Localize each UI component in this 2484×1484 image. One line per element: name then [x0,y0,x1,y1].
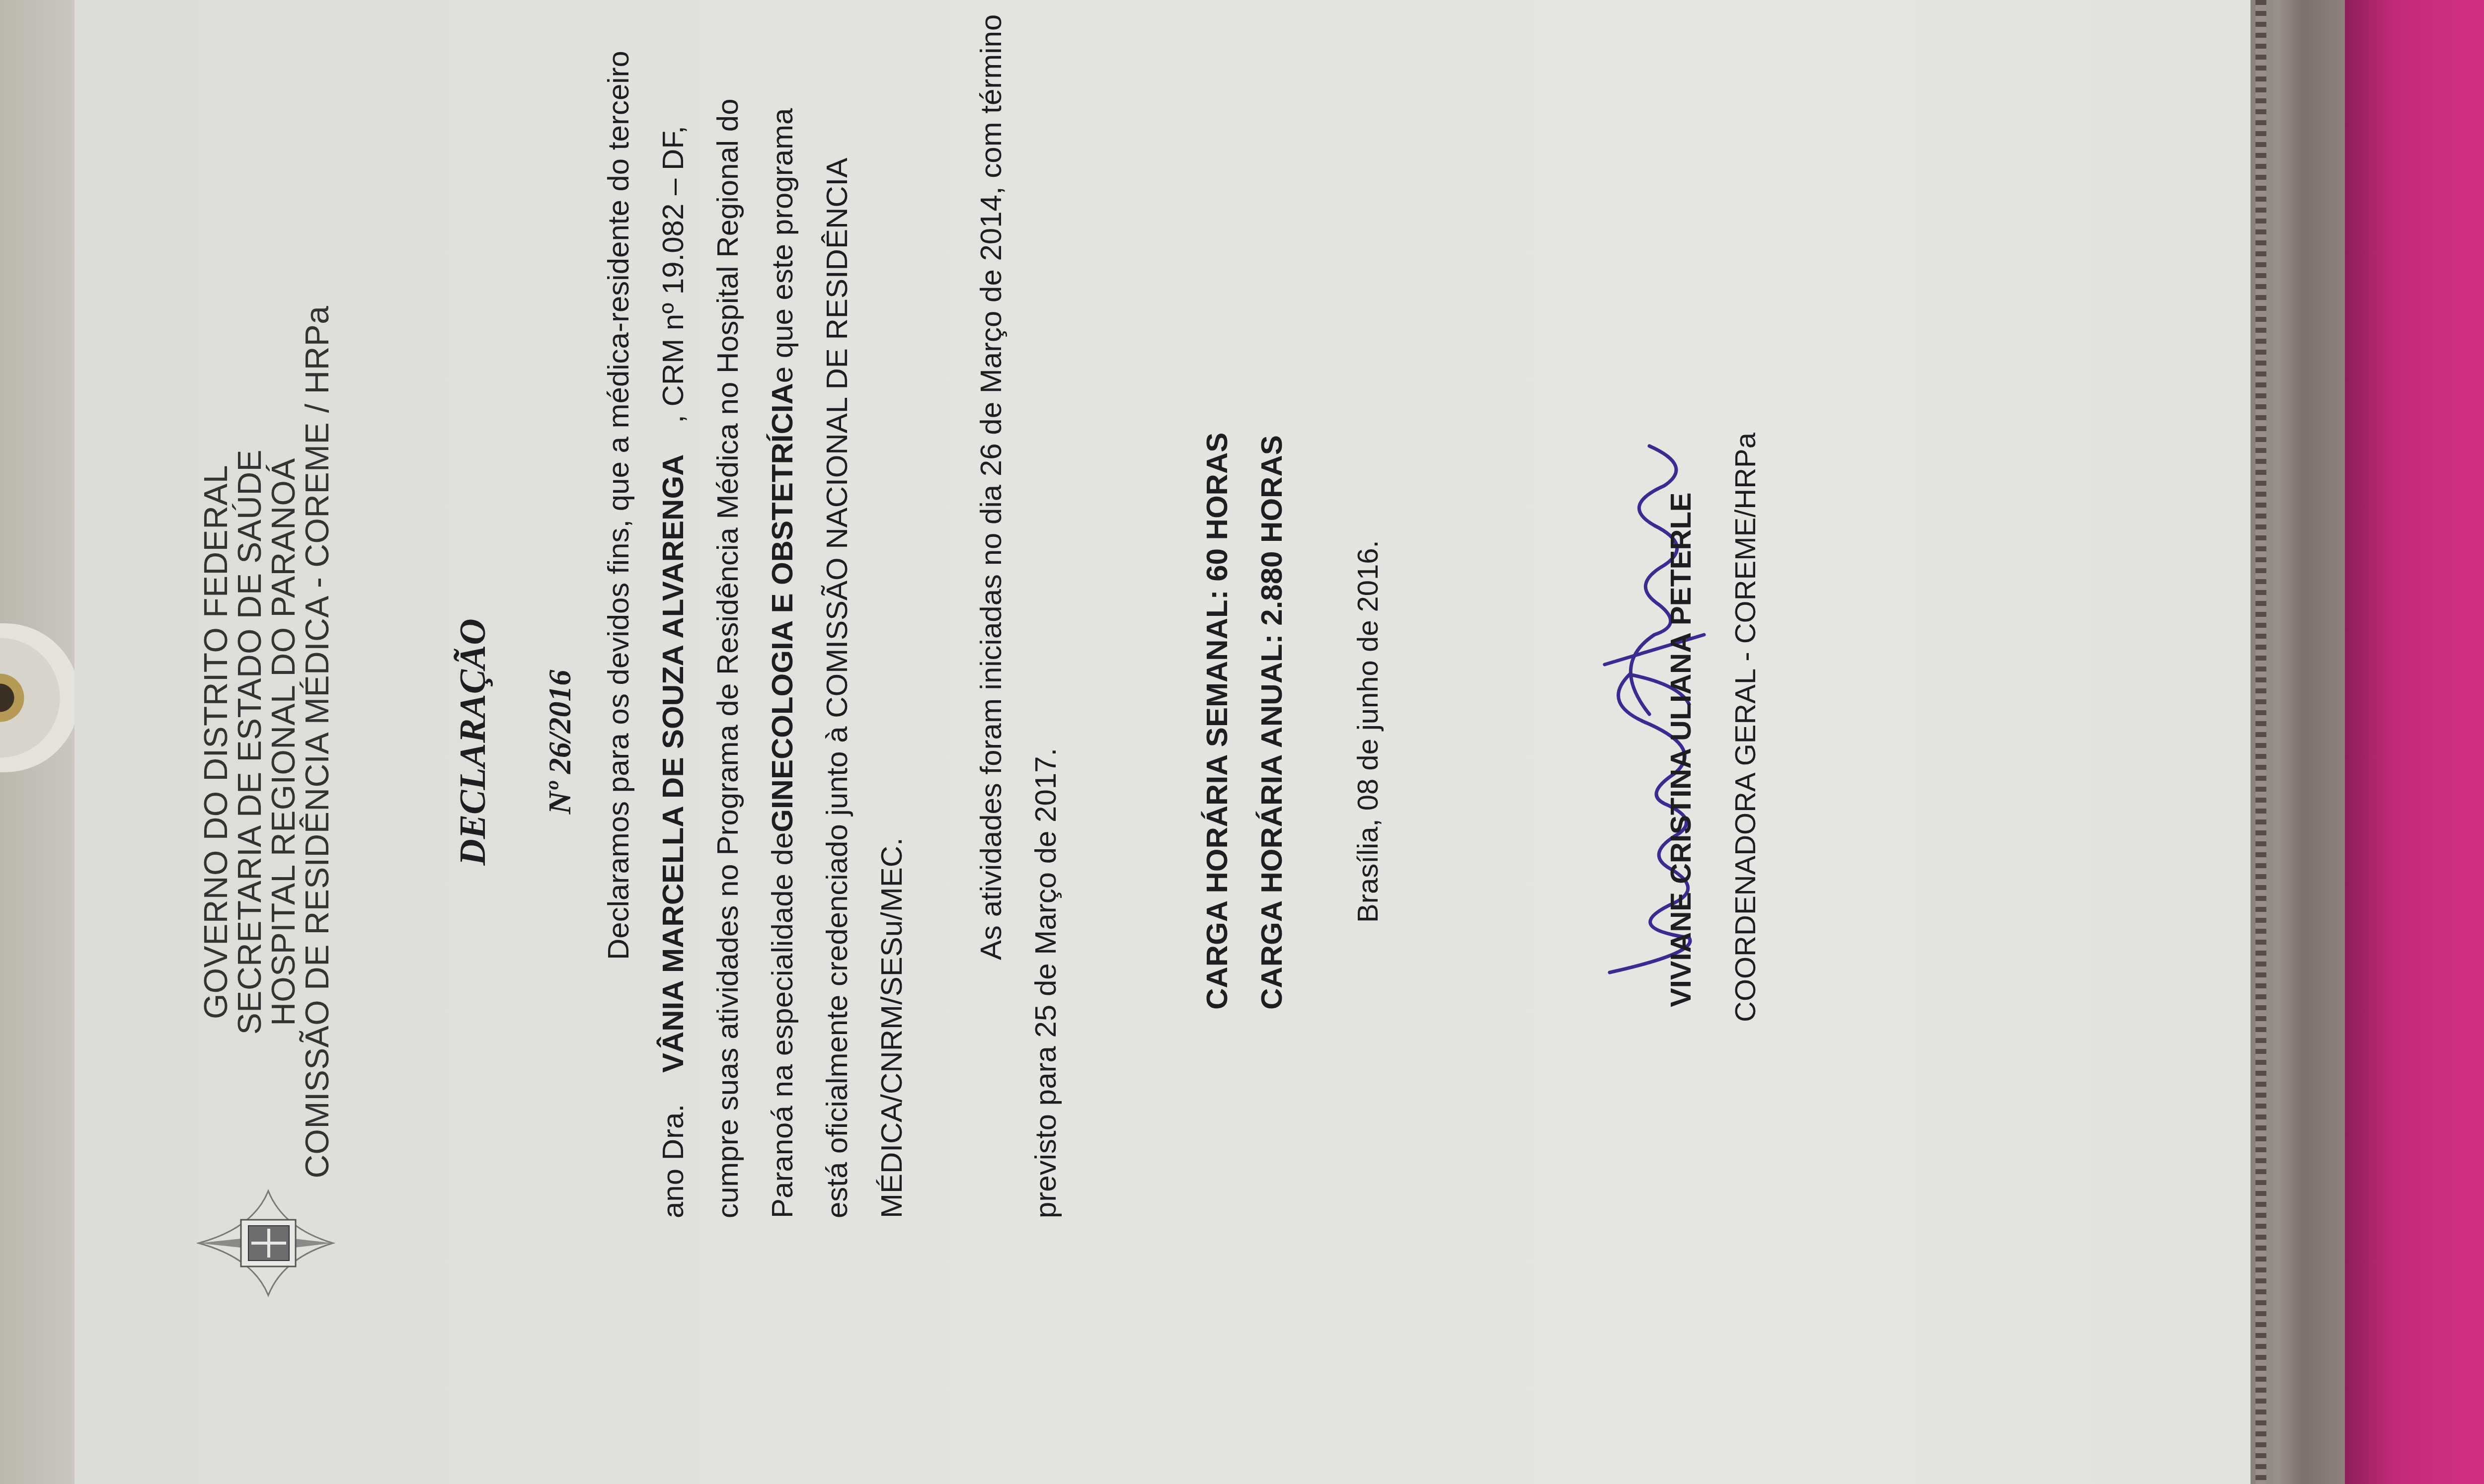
paragraph-line: Declaramos para os devidos fins, que a m… [591,126,646,1218]
header-line: HOSPITAL REGIONAL DO PARANOÁ [266,0,300,1484]
declaration-document: GOVERNO DO DISTRITO FEDERAL SECRETARIA D… [75,0,2265,1484]
document-title: DECLARAÇÃO [452,0,494,1484]
declaration-paragraph: Declaramos para os devidos fins, que a m… [591,126,919,1218]
header-line: COMISSÃO DE RESIDÊNCIA MÉDICA - COREME /… [300,0,334,1484]
header-line: SECRETARIA DE ESTADO DE SAÚDE [233,0,266,1484]
paragraph-line: As atividades foram iniciadas no dia 26 … [964,126,1018,1218]
place-date: Brasília, 08 de junho de 2016. [1351,540,1385,923]
specialty: GINECOLOGIA E OBSTETRÍCIA [755,383,810,832]
header-line: GOVERNO DO DISTRITO FEDERAL [199,0,233,1484]
paragraph-line: ano Dra. VÂNIA MARCELLA DE SOUZA ALVAREN… [646,126,700,1218]
paragraph-line: previsto para 25 de Março de 2017. [1018,126,1073,1218]
signer-name: VIVIANE CRISTINA ULIANA PETERLE [1664,492,1698,1007]
workload-block: CARGA HORÁRIA SEMANAL: 60 HORAS CARGA HO… [1190,433,1299,1010]
resident-name: VÂNIA MARCELLA DE SOUZA ALVARENGA [646,454,700,1073]
handwritten-signature [1590,436,1719,982]
paragraph-line: MÉDICA/CNRM/SESu/MEC. [864,126,919,1218]
document-number: Nº 26/2016 [542,0,578,1484]
paragraph-line: Paranoá na especialidade de GINECOLOGIA … [755,126,810,1218]
weekly-workload: CARGA HORÁRIA SEMANAL: 60 HORAS [1190,433,1244,1010]
paragraph-line: cumpre suas atividades no Programa de Re… [700,126,755,1218]
signer-role: COORDENADORA GERAL - COREME/HRPa [1729,433,1762,1022]
dates-paragraph: As atividades foram iniciadas no dia 26 … [964,126,1073,1218]
institution-header: GOVERNO DO DISTRITO FEDERAL SECRETARIA D… [199,0,334,1484]
pink-fabric-background [2345,0,2484,1484]
annual-workload: CARGA HORÁRIA ANUAL: 2.880 HORAS [1244,433,1299,1010]
paragraph-line: está oficialmente credenciado junto à CO… [810,126,864,1218]
